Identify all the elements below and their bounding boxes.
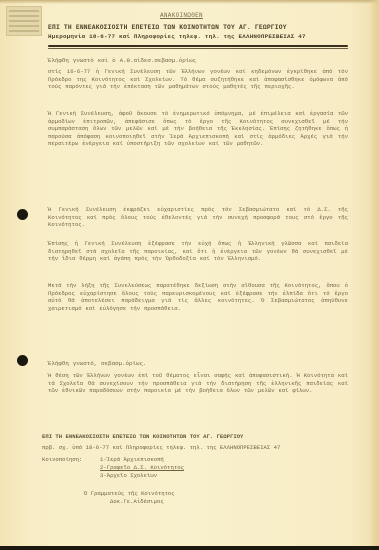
punch-hole-top [17, 209, 28, 220]
distribution-label: Κοινοποίηση: [42, 456, 82, 463]
paragraph-intro: Ἐλήφθη γνωστὸ καὶ ὁ Α.Θ.αἰδεσ.σεβασμ.ὁρί… [48, 57, 348, 65]
signature-line-2: Δοκ.Γε.Αἰδέσιμος [110, 498, 164, 505]
title-line-1: ΕΠΙ ΤΗ ΕΝΝΕΑΚΟΣΙΟΣΤΗ ΕΠΕΤΕΙΩ ΤΩΝ ΚΟΙΝΟΤΗ… [48, 24, 287, 31]
archive-stamp [6, 6, 42, 36]
paragraph-5: Μετά τήν λήξη τῆς Συνελεύσεως παρατέθηκε… [48, 282, 348, 312]
page-bottom-edge [0, 546, 379, 550]
title-line-2: Ημερομηνία 18-6-77 καί Πληροφορίες τηλεφ… [48, 33, 306, 40]
heading-rule-thin [48, 48, 348, 49]
footer-reference: πρβ. σχ. ὑπό 18-6-77 καί Πληροφορίες τηλ… [42, 444, 280, 451]
document-page: ΑΝΑΚΟΙΝΩΘΕΝ ΕΠΙ ΤΗ ΕΝΝΕΑΚΟΣΙΟΣΤΗ ΕΠΕΤΕΙΩ… [0, 0, 379, 546]
distribution-item-3: 3-Ἀρχεῖο Σχολείων [100, 472, 157, 479]
punch-hole-bottom [17, 355, 28, 366]
paragraph-3: Ἡ Γενική Συνέλευση ἐκφράζει εὐχαριστίες … [48, 206, 348, 229]
paragraph-2: Ἡ Γενική Συνέλευση, ἀφοῦ ἄκουσε τό ἐνημε… [48, 110, 348, 148]
document-heading: ΑΝΑΚΟΙΝΩΘΕΝ [160, 12, 203, 19]
paragraph-1: στίς 16-6-77 ἡ Γενική Συνέλευση τῶν Ἑλλή… [48, 68, 348, 91]
distribution-item-1: 1-Ἱερά Ἀρχιεπισκοπή [100, 456, 164, 463]
paragraph-4: Ἐπίσης ἡ Γενική Συνέλευση ἐξέφρασε τήν ε… [48, 240, 348, 263]
footer-title: ΕΠΙ ΤΗ ΕΝΝΕΑΚΟΣΙΟΣΤΗ ΕΠΕΤΕΙΩ ΤΩΝ ΚΟΙΝΟΤΗ… [42, 433, 243, 440]
heading-rule [48, 45, 348, 47]
signature-line-1: Ὁ Γραμματεύς τῆς Κοινότητος [84, 490, 175, 497]
paragraph-6: Ἐλήφθη γνωστό, σεβασμ.ὁρίως. [48, 360, 348, 368]
distribution-item-2: 2-Γραφεῖο Δ.Σ. Κοινότητος [100, 464, 184, 471]
paragraph-7: Ἡ θέση τῶν Ἑλλήνων γονέων ἐπί τοῦ θέματο… [48, 372, 348, 395]
